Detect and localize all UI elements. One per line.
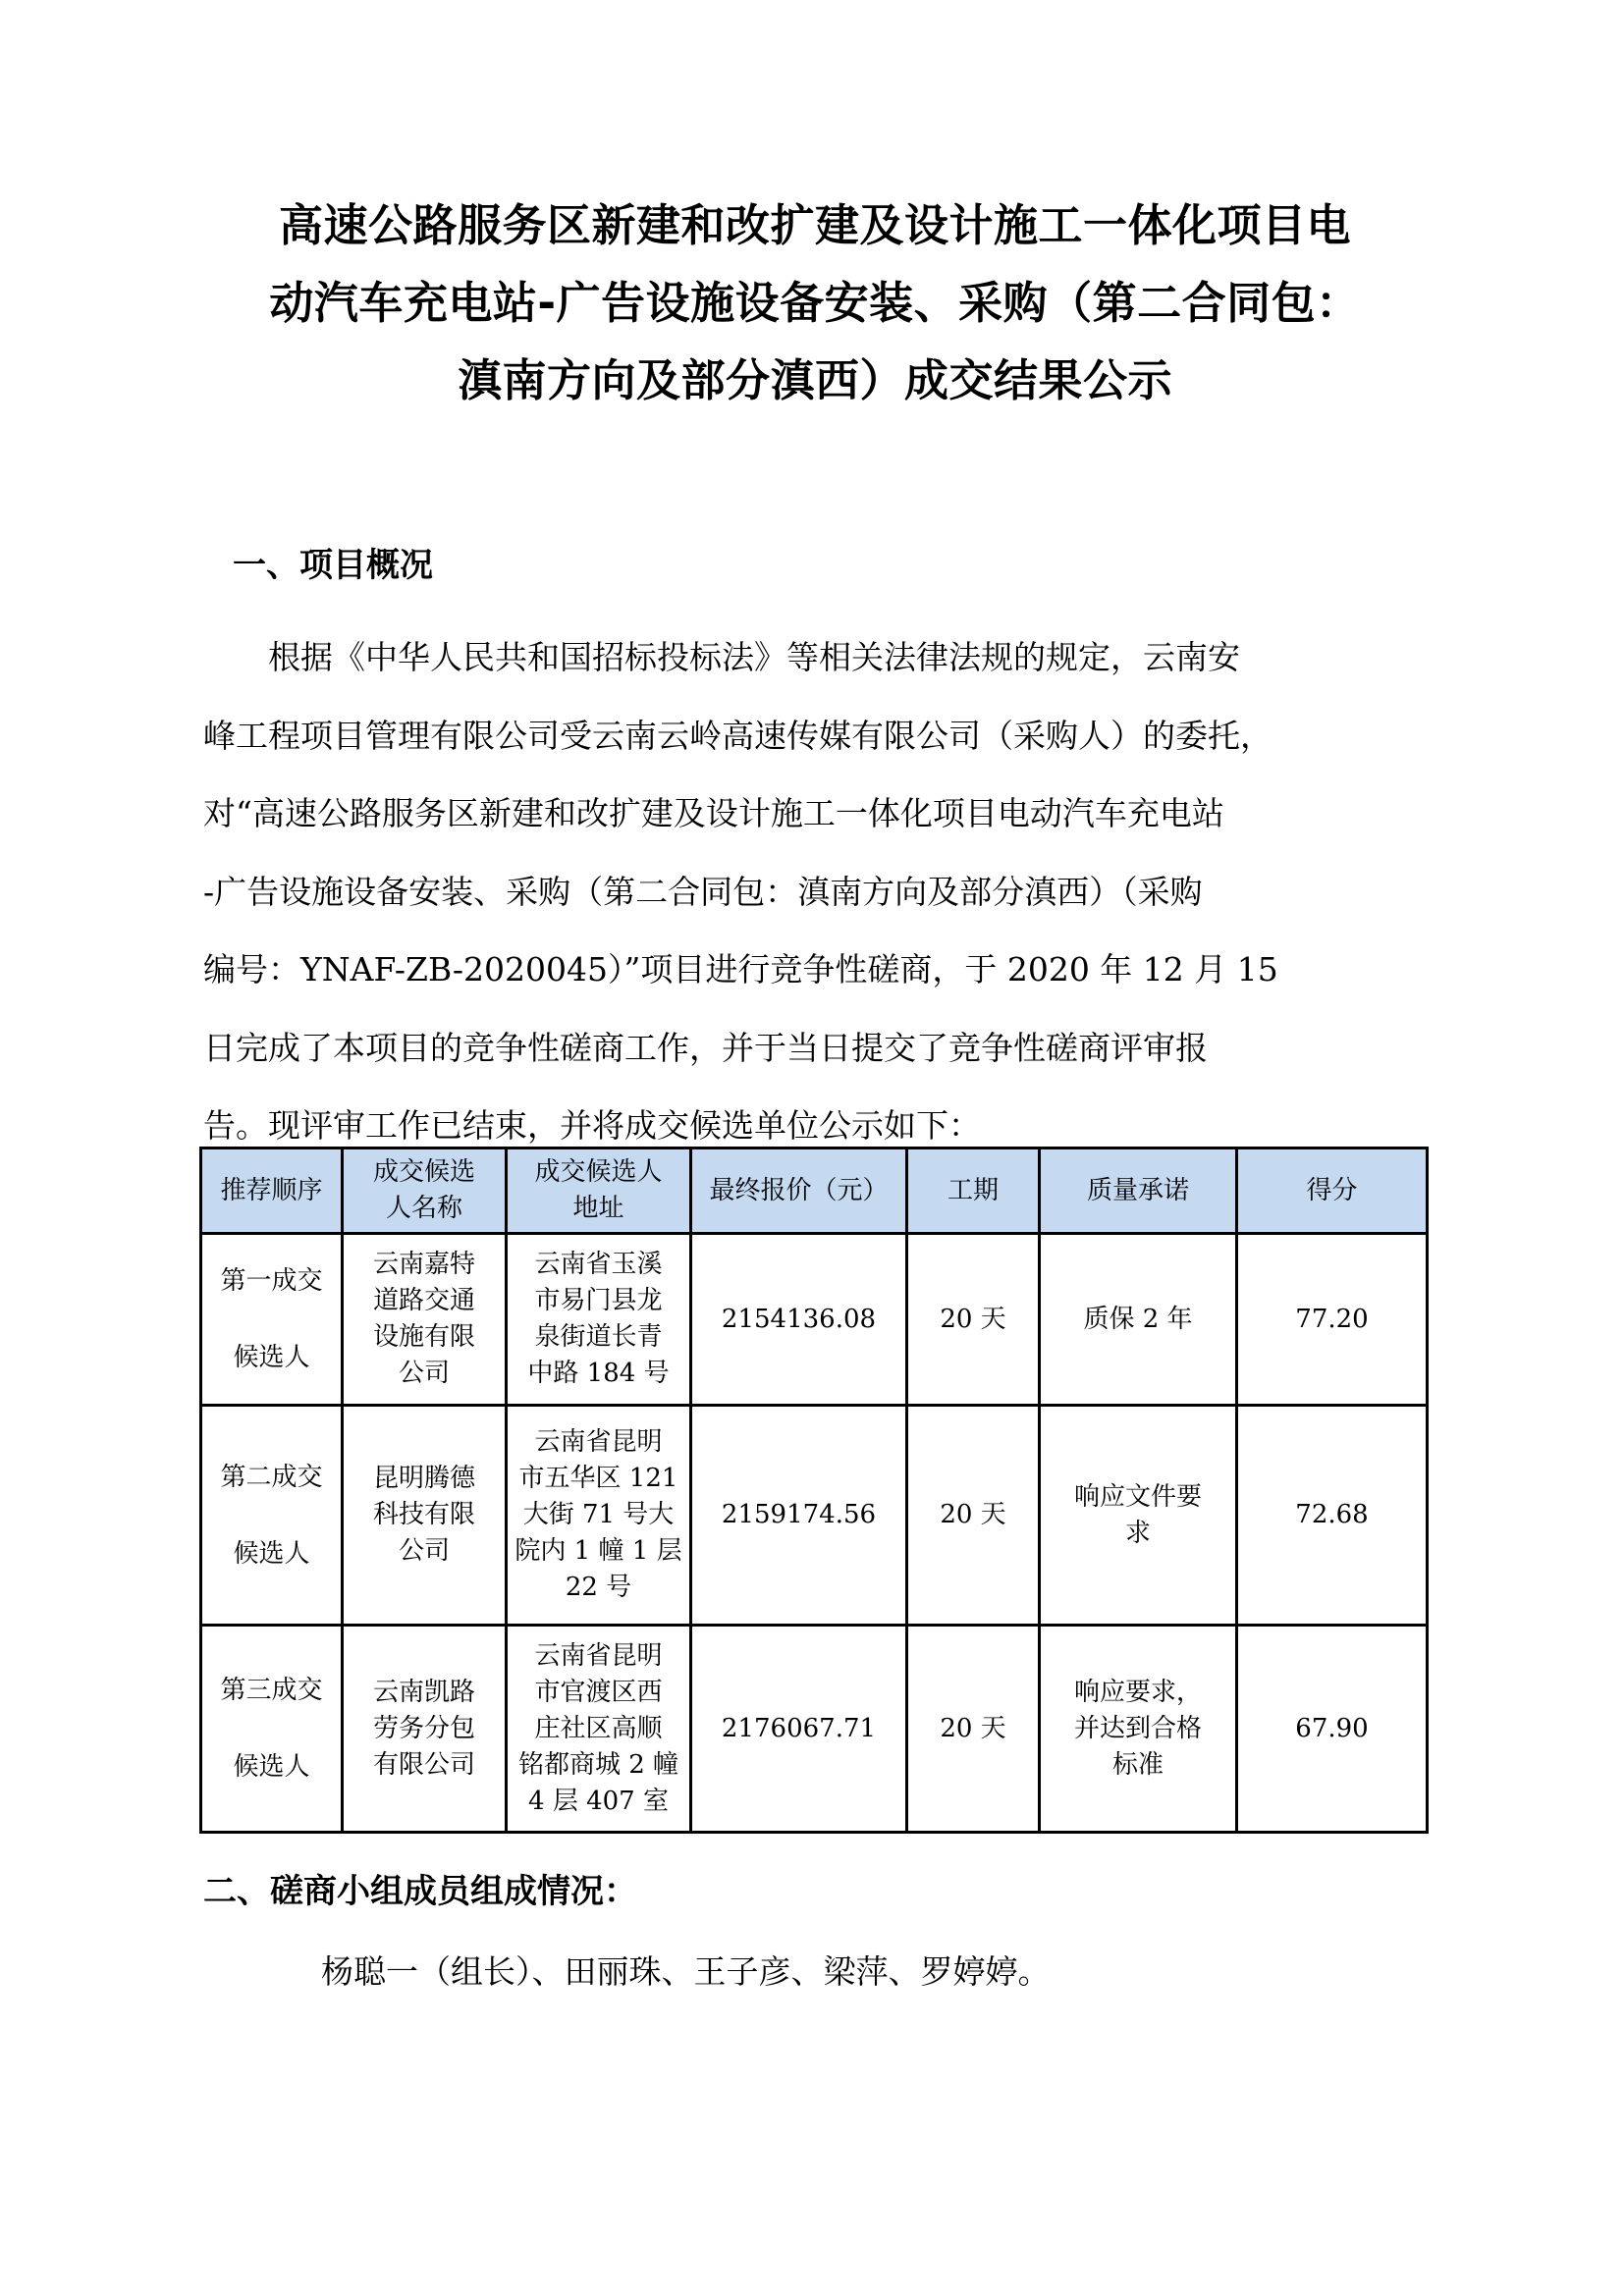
cell-rank: 第一成交 候选人	[201, 1234, 343, 1406]
cell-address: 云南省玉溪 市易门县龙 泉街道长青 中路 184 号	[507, 1234, 691, 1406]
paragraph-line: 根据《中华人民共和国招标投标法》等相关法律法规的规定，云南安	[203, 618, 1431, 697]
title-line-1: 高速公路服务区新建和改扩建及设计施工一体化项目电	[196, 187, 1434, 264]
cell-quality: 响应文件要 求	[1040, 1406, 1237, 1626]
cell-price: 2159174.56	[691, 1406, 907, 1626]
cell-rank: 第二成交 候选人	[201, 1406, 343, 1626]
paragraph-line: 对“高速公路服务区新建和改扩建及设计施工一体化项目电动汽车充电站	[203, 774, 1431, 853]
paragraph-line: 编号：YNAF-ZB-2020045）”项目进行竞争性磋商，于 2020 年 1…	[203, 931, 1431, 1009]
cell-quality: 质保 2 年	[1040, 1234, 1237, 1406]
cell-name: 云南凯路 劳务分包 有限公司	[343, 1626, 507, 1833]
table-row: 第一成交 候选人 云南嘉特 道路交通 设施有限 公司 云南省玉溪 市易门县龙 泉…	[201, 1234, 1428, 1406]
cell-duration: 20 天	[907, 1234, 1040, 1406]
table-row: 第二成交 候选人 昆明腾德 科技有限 公司 云南省昆明 市五华区 121 大街 …	[201, 1406, 1428, 1626]
cell-score: 77.20	[1237, 1234, 1428, 1406]
document-title: 高速公路服务区新建和改扩建及设计施工一体化项目电 动汽车充电站-广告设施设备安装…	[196, 187, 1434, 419]
candidates-table: 推荐顺序 成交候选 人名称 成交候选人 地址 最终报价（元） 工期 质量承诺 得…	[199, 1147, 1429, 1834]
title-line-2: 动汽车充电站-广告设施设备安装、采购（第二合同包：	[196, 264, 1434, 342]
header-quality-commitment: 质量承诺	[1040, 1148, 1237, 1234]
paragraph-line: 峰工程项目管理有限公司受云南云岭高速传媒有限公司（采购人）的委托，	[203, 697, 1431, 775]
title-line-3: 滇南方向及部分滇西）成交结果公示	[196, 342, 1434, 419]
cell-score: 72.68	[1237, 1406, 1428, 1626]
cell-name: 云南嘉特 道路交通 设施有限 公司	[343, 1234, 507, 1406]
cell-address: 云南省昆明 市官渡区西 庄社区高顺 铭都商城 2 幢 4 层 407 室	[507, 1626, 691, 1833]
table-header-row: 推荐顺序 成交候选 人名称 成交候选人 地址 最终报价（元） 工期 质量承诺 得…	[201, 1148, 1428, 1234]
panel-members-list: 杨聪一（组长）、田丽珠、王子彦、梁萍、罗婷婷。	[321, 1949, 1051, 1996]
paragraph-line: -广告设施设备安装、采购（第二合同包：滇南方向及部分滇西）（采购	[203, 853, 1431, 932]
header-duration: 工期	[907, 1148, 1040, 1234]
section-heading-panel-members: 二、磋商小组成员组成情况：	[203, 1868, 637, 1915]
paragraph-line: 日完成了本项目的竞争性磋商工作，并于当日提交了竞争性磋商评审报	[203, 1009, 1431, 1088]
table-row: 第三成交 候选人 云南凯路 劳务分包 有限公司 云南省昆明 市官渡区西 庄社区高…	[201, 1626, 1428, 1833]
cell-quality: 响应要求， 并达到合格 标准	[1040, 1626, 1237, 1833]
header-score: 得分	[1237, 1148, 1428, 1234]
header-rank: 推荐顺序	[201, 1148, 343, 1234]
cell-price: 2154136.08	[691, 1234, 907, 1406]
cell-rank: 第三成交 候选人	[201, 1626, 343, 1833]
header-candidate-address: 成交候选人 地址	[507, 1148, 691, 1234]
header-candidate-name: 成交候选 人名称	[343, 1148, 507, 1234]
cell-score: 67.90	[1237, 1626, 1428, 1833]
cell-duration: 20 天	[907, 1626, 1040, 1833]
cell-name: 昆明腾德 科技有限 公司	[343, 1406, 507, 1626]
header-final-price: 最终报价（元）	[691, 1148, 907, 1234]
cell-price: 2176067.71	[691, 1626, 907, 1833]
cell-duration: 20 天	[907, 1406, 1040, 1626]
cell-address: 云南省昆明 市五华区 121 大街 71 号大 院内 1 幢 1 层 22 号	[507, 1406, 691, 1626]
project-overview-paragraph: 根据《中华人民共和国招标投标法》等相关法律法规的规定，云南安 峰工程项目管理有限…	[203, 618, 1431, 1165]
section-heading-project-overview: 一、项目概况	[233, 542, 433, 589]
